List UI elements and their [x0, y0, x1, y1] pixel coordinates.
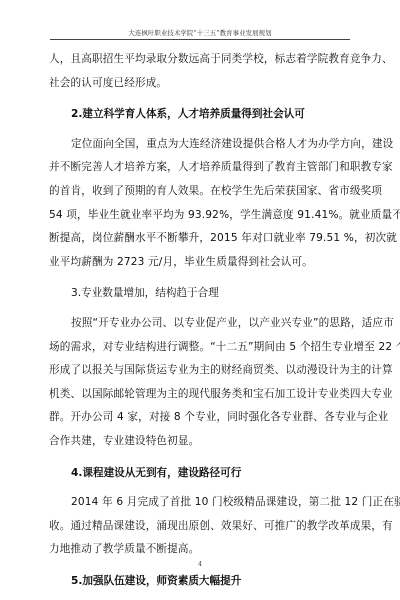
text-line: 群。开办公司 4 家，对接 8 个专业，同时强化各专业群、各专业与企业 — [49, 406, 352, 430]
text-line: 社会的认可度已经形成。 — [49, 72, 352, 96]
text-line: 按照“开专业办公司、以专业促产业，以产业兴专业”的思路，适应市 — [49, 312, 352, 336]
document-body: 人，且高职招生平均录取分数远高于同类学校，标志着学院教育竞争力、 社会的认可度已… — [49, 48, 352, 599]
text-line: 场的需求，对专业结构进行调整。“十二五”期间由 5 个招生专业增至 22 个， — [49, 336, 352, 360]
text-line: 定位面向全国，重点为大连经济建设提供合格人才为办学方向，建设 — [49, 133, 352, 157]
section-heading-4: 4.课程建设从无到有，建设路径可行 — [49, 462, 352, 486]
text-line: 并不断完善人才培养方案，人才培养质量得到了教育主管部门和职教专家 — [49, 156, 352, 180]
page-header: 大连枫叶职业技术学院“十三五”教育事业发展规划 — [50, 29, 350, 40]
text-line: 机类、以国际邮轮管理为主的现代服务类和宝石加工设计专业类四大专业 — [49, 383, 352, 407]
page-number: 4 — [0, 561, 400, 568]
text-line: 合作共建，专业建设特色初显。 — [49, 430, 352, 454]
section-heading-3: 3.专业数量增加，结构趋于合理 — [49, 282, 352, 306]
text-line: 业平均薪酬为 2723 元/月，毕业生质量得到社会认可。 — [49, 251, 352, 275]
paragraph-majors: 按照“开专业办公司、以专业促产业，以产业兴专业”的思路，适应市 场的需求，对专业… — [49, 312, 352, 454]
section-heading-2: 2.建立科学育人体系，人才培养质量得到社会认可 — [49, 103, 352, 127]
paragraph-continuation: 人，且高职招生平均录取分数远高于同类学校，标志着学院教育竞争力、 社会的认可度已… — [49, 48, 352, 95]
text-line: 2014 年 6 月完成了首批 10 门校级精品课建设，第二批 12 门正在验 — [49, 491, 352, 515]
paragraph-courses: 2014 年 6 月完成了首批 10 门校级精品课建设，第二批 12 门正在验 … — [49, 491, 352, 562]
text-line: 54 项，毕业生就业率平均为 93.92%，学生满意度 91.41%。就业质量不 — [49, 204, 352, 228]
text-line: 人，且高职招生平均录取分数远高于同类学校，标志着学院教育竞争力、 — [49, 48, 352, 72]
paragraph-talent-cultivation: 定位面向全国，重点为大连经济建设提供合格人才为办学方向，建设 并不断完善人才培养… — [49, 133, 352, 275]
text-line: 的首肯，收到了预期的育人效果。在校学生先后荣获国家、省市级奖项 — [49, 180, 352, 204]
text-line: 断提高，岗位薪酬水平不断攀升，2015 年对口就业率 79.51 %，初次就 — [49, 227, 352, 251]
text-line: 力地推动了教学质量不断提高。 — [49, 538, 352, 562]
text-line: 收。通过精品课建设，涌现出原创、效果好、可推广的教学改革成果，有 — [49, 515, 352, 539]
section-heading-5: 5.加强队伍建设，师资素质大幅提升 — [49, 570, 352, 594]
text-line: 形成了以报关与国际货运专业为主的财经商贸类、以动漫设计为主的计算 — [49, 359, 352, 383]
